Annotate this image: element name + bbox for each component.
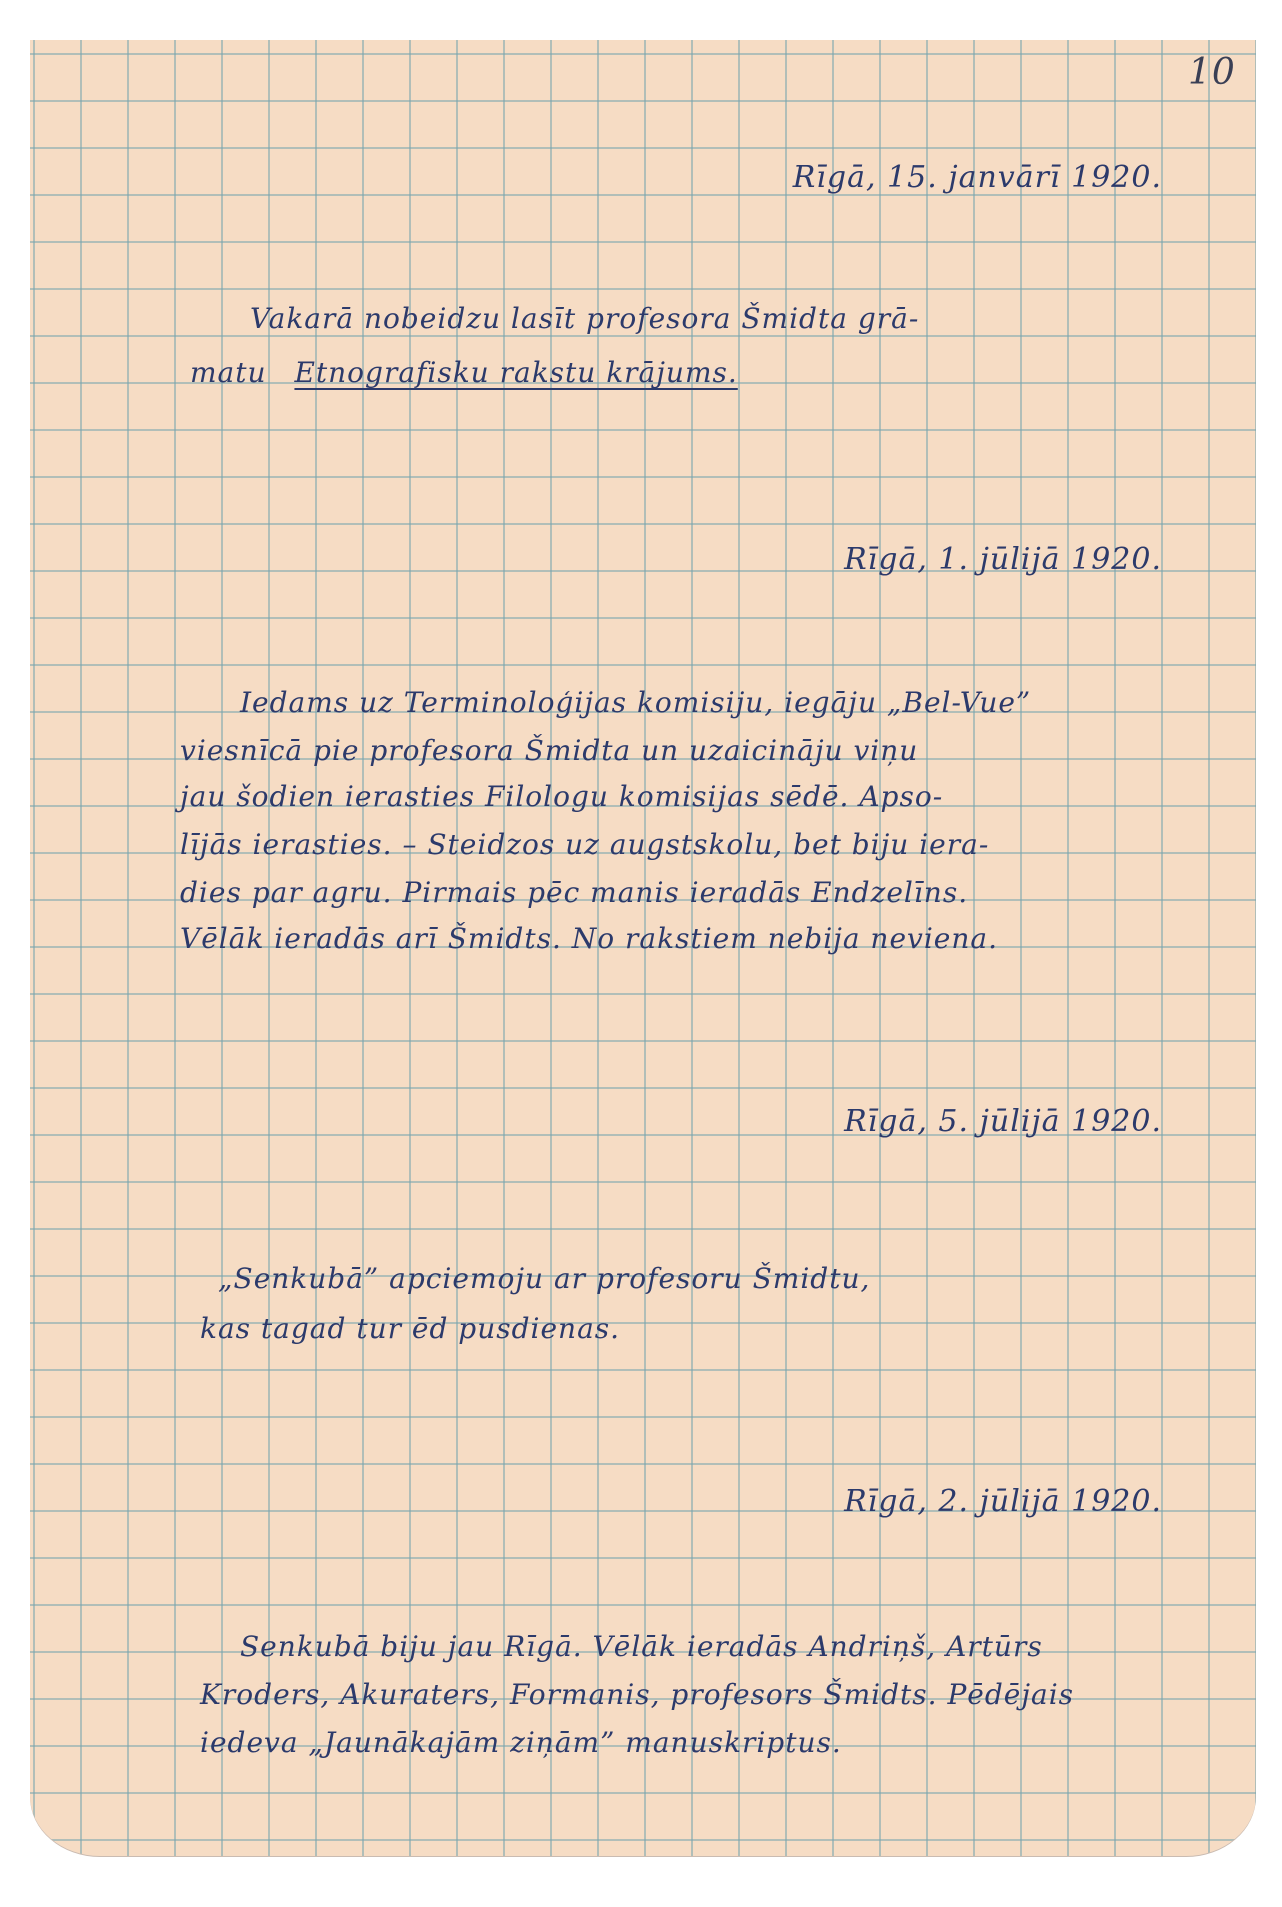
entry-4-line-2: Kroders, Akuraters, Formanis, profesors … <box>200 1678 1074 1711</box>
entry-2-line-1: Iedams uz Terminoloģijas komisiju, iegāj… <box>240 686 1031 719</box>
entry-date-4: Rīgā, 2. jūlijā 1920. <box>844 1484 1162 1519</box>
entry-2-line-3: jau šodien ierasties Filologu komisijas … <box>180 780 943 813</box>
paper-perforated-edge <box>30 33 1256 45</box>
entry-2-line-4: lījās ierasties. – Steidzos uz augstskol… <box>180 828 989 861</box>
entry-1-line-2-prefix: matu <box>190 356 267 389</box>
entry-date-2: Rīgā, 1. jūlijā 1920. <box>844 542 1162 577</box>
entry-1-line-1: Vakarā nobeidzu lasīt profesora Šmidta g… <box>250 302 919 335</box>
entry-3-line-1: „Senkubā” apciemoju ar profesoru Šmidtu, <box>218 1262 870 1295</box>
entry-4-line-3: iedeva „Jaunākajām ziņām” manuskriptus. <box>200 1726 842 1759</box>
entry-date-1: Rīgā, 15. janvārī 1920. <box>793 160 1162 195</box>
entry-1-line-2: matu Etnografisku rakstu krājums. <box>190 356 738 389</box>
entry-date-3: Rīgā, 5. jūlijā 1920. <box>844 1104 1162 1139</box>
entry-2-line-5: dies par agru. Pirmais pēc manis ieradās… <box>180 876 968 909</box>
entry-2-line-2: viesnīcā pie profesora Šmidta un uzaicin… <box>180 734 918 767</box>
book-title: Etnografisku rakstu krājums. <box>294 356 737 389</box>
page-number: 10 <box>1188 52 1236 93</box>
entry-3-line-2: kas tagad tur ēd pusdienas. <box>200 1312 620 1345</box>
entry-2-line-6: Vēlāk ieradās arī Šmidts. No rakstiem ne… <box>180 922 998 955</box>
entry-4-line-1: Senkubā biju jau Rīgā. Vēlāk ieradās And… <box>240 1630 1043 1663</box>
